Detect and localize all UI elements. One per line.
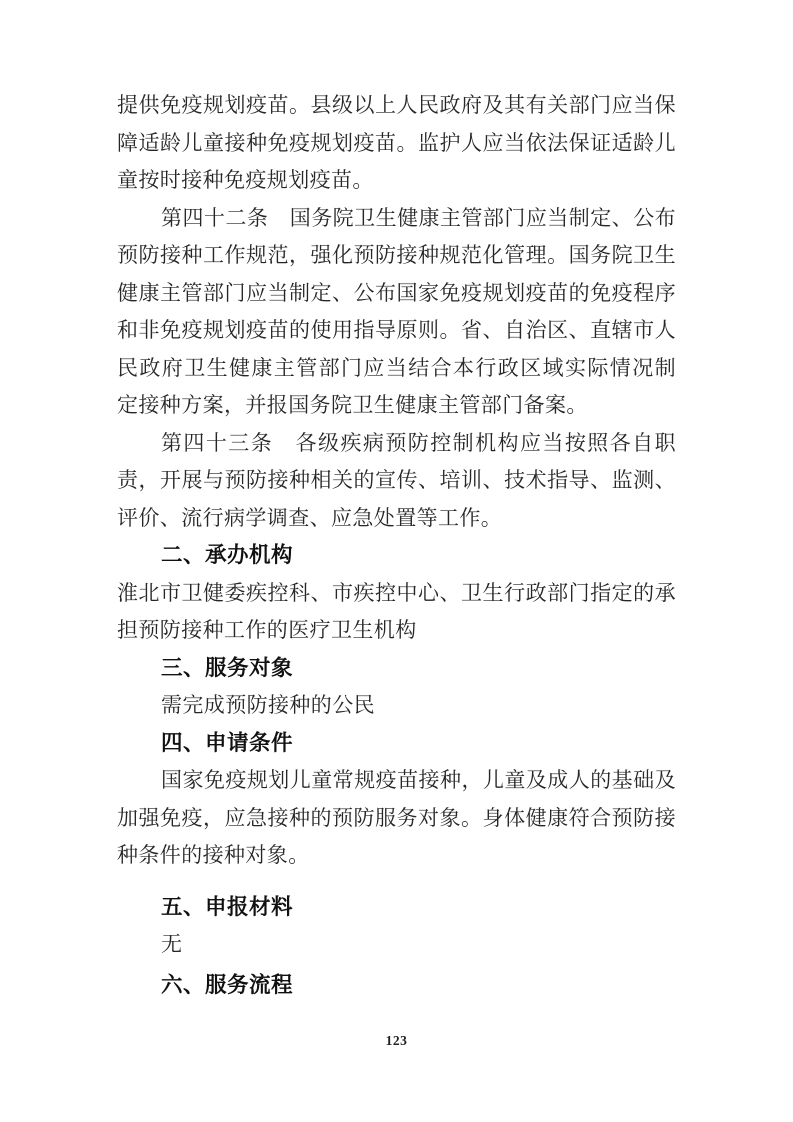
paragraph-undertaking-agency: 淮北市卫健委疾控科、市疾控中心、卫生行政部门指定的承 担预防接种工作的医疗卫生机…	[117, 575, 676, 650]
text-line: 种条件的接种对象。	[117, 837, 676, 875]
text-line: 国家免疫规划儿童常规疫苗接种，儿童及成人的基础及	[117, 762, 676, 800]
text-line: 健康主管部门应当制定、公布国家免疫规划疫苗的免疫程序	[117, 275, 676, 313]
paragraph-service-target: 需完成预防接种的公民	[117, 687, 676, 725]
text-line: 提供免疫规划疫苗。县级以上人民政府及其有关部门应当保	[117, 87, 676, 125]
paragraph-continuation: 提供免疫规划疫苗。县级以上人民政府及其有关部门应当保 障适龄儿童接种免疫规划疫苗…	[117, 87, 676, 200]
text-line: 责，开展与预防接种相关的宣传、培训、技术指导、监测、	[117, 462, 676, 500]
page-number: 123	[0, 1033, 793, 1049]
text-line: 加强免疫，应急接种的预防服务对象。身体健康符合预防接	[117, 800, 676, 838]
text-line: 障适龄儿童接种免疫规划疫苗。监护人应当依法保证适龄儿	[117, 125, 676, 163]
section-heading-application-conditions: 四、申请条件	[117, 725, 676, 763]
text-line: 需完成预防接种的公民	[117, 687, 676, 725]
section-heading-service-process: 六、服务流程	[117, 967, 676, 1005]
section-heading-undertaking-agency: 二、承办机构	[117, 537, 676, 575]
paragraph-article-43: 第四十三条 各级疾病预防控制机构应当按照各自职 责，开展与预防接种相关的宣传、培…	[117, 425, 676, 538]
paragraph-article-42: 第四十二条 国务院卫生健康主管部门应当制定、公布 预防接种工作规范，强化预防接种…	[117, 200, 676, 425]
text-line: 童按时接种免疫规划疫苗。	[117, 162, 676, 200]
section-heading-service-target: 三、服务对象	[117, 650, 676, 688]
document-page: 提供免疫规划疫苗。县级以上人民政府及其有关部门应当保 障适龄儿童接种免疫规划疫苗…	[0, 0, 793, 1122]
text-line: 淮北市卫健委疾控科、市疾控中心、卫生行政部门指定的承	[117, 575, 676, 613]
text-line: 第四十二条 国务院卫生健康主管部门应当制定、公布	[117, 200, 676, 238]
paragraph-application-materials: 无	[117, 926, 676, 964]
paragraph-application-conditions: 国家免疫规划儿童常规疫苗接种，儿童及成人的基础及 加强免疫，应急接种的预防服务对…	[117, 762, 676, 875]
text-line: 第四十三条 各级疾病预防控制机构应当按照各自职	[117, 425, 676, 463]
text-line: 评价、流行病学调查、应急处置等工作。	[117, 500, 676, 538]
text-line: 无	[117, 926, 676, 964]
text-line: 和非免疫规划疫苗的使用指导原则。省、自治区、直辖市人	[117, 312, 676, 350]
text-line: 预防接种工作规范，强化预防接种规范化管理。国务院卫生	[117, 237, 676, 275]
text-line: 定接种方案，并报国务院卫生健康主管部门备案。	[117, 387, 676, 425]
text-line: 民政府卫生健康主管部门应当结合本行政区域实际情况制	[117, 350, 676, 388]
text-line: 担预防接种工作的医疗卫生机构	[117, 612, 676, 650]
section-heading-application-materials: 五、申报材料	[117, 889, 676, 927]
